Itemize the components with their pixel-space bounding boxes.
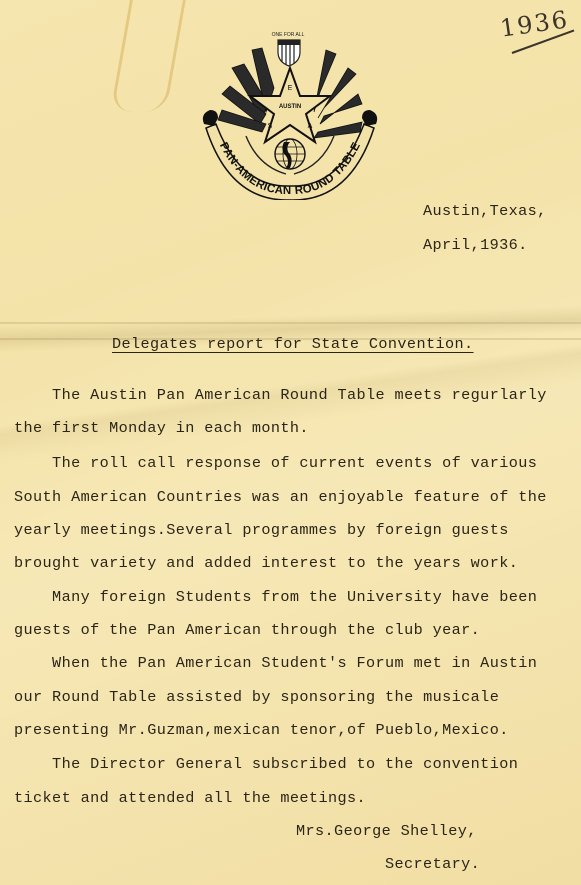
body-line: ticket and attended all the meetings.	[14, 791, 366, 806]
body-line: Many foreign Students from the Universit…	[14, 590, 537, 605]
body-line: our Round Table assisted by sponsoring t…	[14, 690, 499, 705]
body-line: brought variety and added interest to th…	[14, 556, 518, 571]
signature-name: Mrs.George Shelley,	[296, 824, 477, 839]
svg-text:S: S	[268, 123, 273, 130]
pan-american-round-table-emblem-icon: ONE FOR ALL E AUSTIN S A PAN-AMERICAN RO…	[200, 28, 380, 200]
body-line: the first Monday in each month.	[14, 421, 309, 436]
svg-text:A: A	[308, 123, 313, 130]
place-line: Austin,Texas,	[423, 204, 547, 219]
signature-title: Secretary.	[385, 857, 480, 872]
document-title: Delegates report for State Convention.	[112, 337, 474, 352]
body-line: yearly meetings.Several programmes by fo…	[14, 523, 509, 538]
body-line: South American Countries was an enjoyabl…	[14, 490, 547, 505]
fold-crease	[0, 322, 581, 324]
body-line: When the Pan American Student's Forum me…	[14, 656, 537, 671]
body-line: The Austin Pan American Round Table meet…	[14, 388, 547, 403]
body-line: guests of the Pan American through the c…	[14, 623, 480, 638]
body-line: The roll call response of current events…	[14, 456, 537, 471]
body-line: presenting Mr.Guzman,mexican tenor,of Pu…	[14, 723, 509, 738]
svg-text:E: E	[288, 85, 293, 92]
emblem-motto: ONE FOR ALL	[272, 32, 305, 38]
date-line: April,1936.	[423, 238, 528, 253]
emblem-center-text: AUSTIN	[279, 104, 301, 110]
body-line: The Director General subscribed to the c…	[14, 757, 518, 772]
